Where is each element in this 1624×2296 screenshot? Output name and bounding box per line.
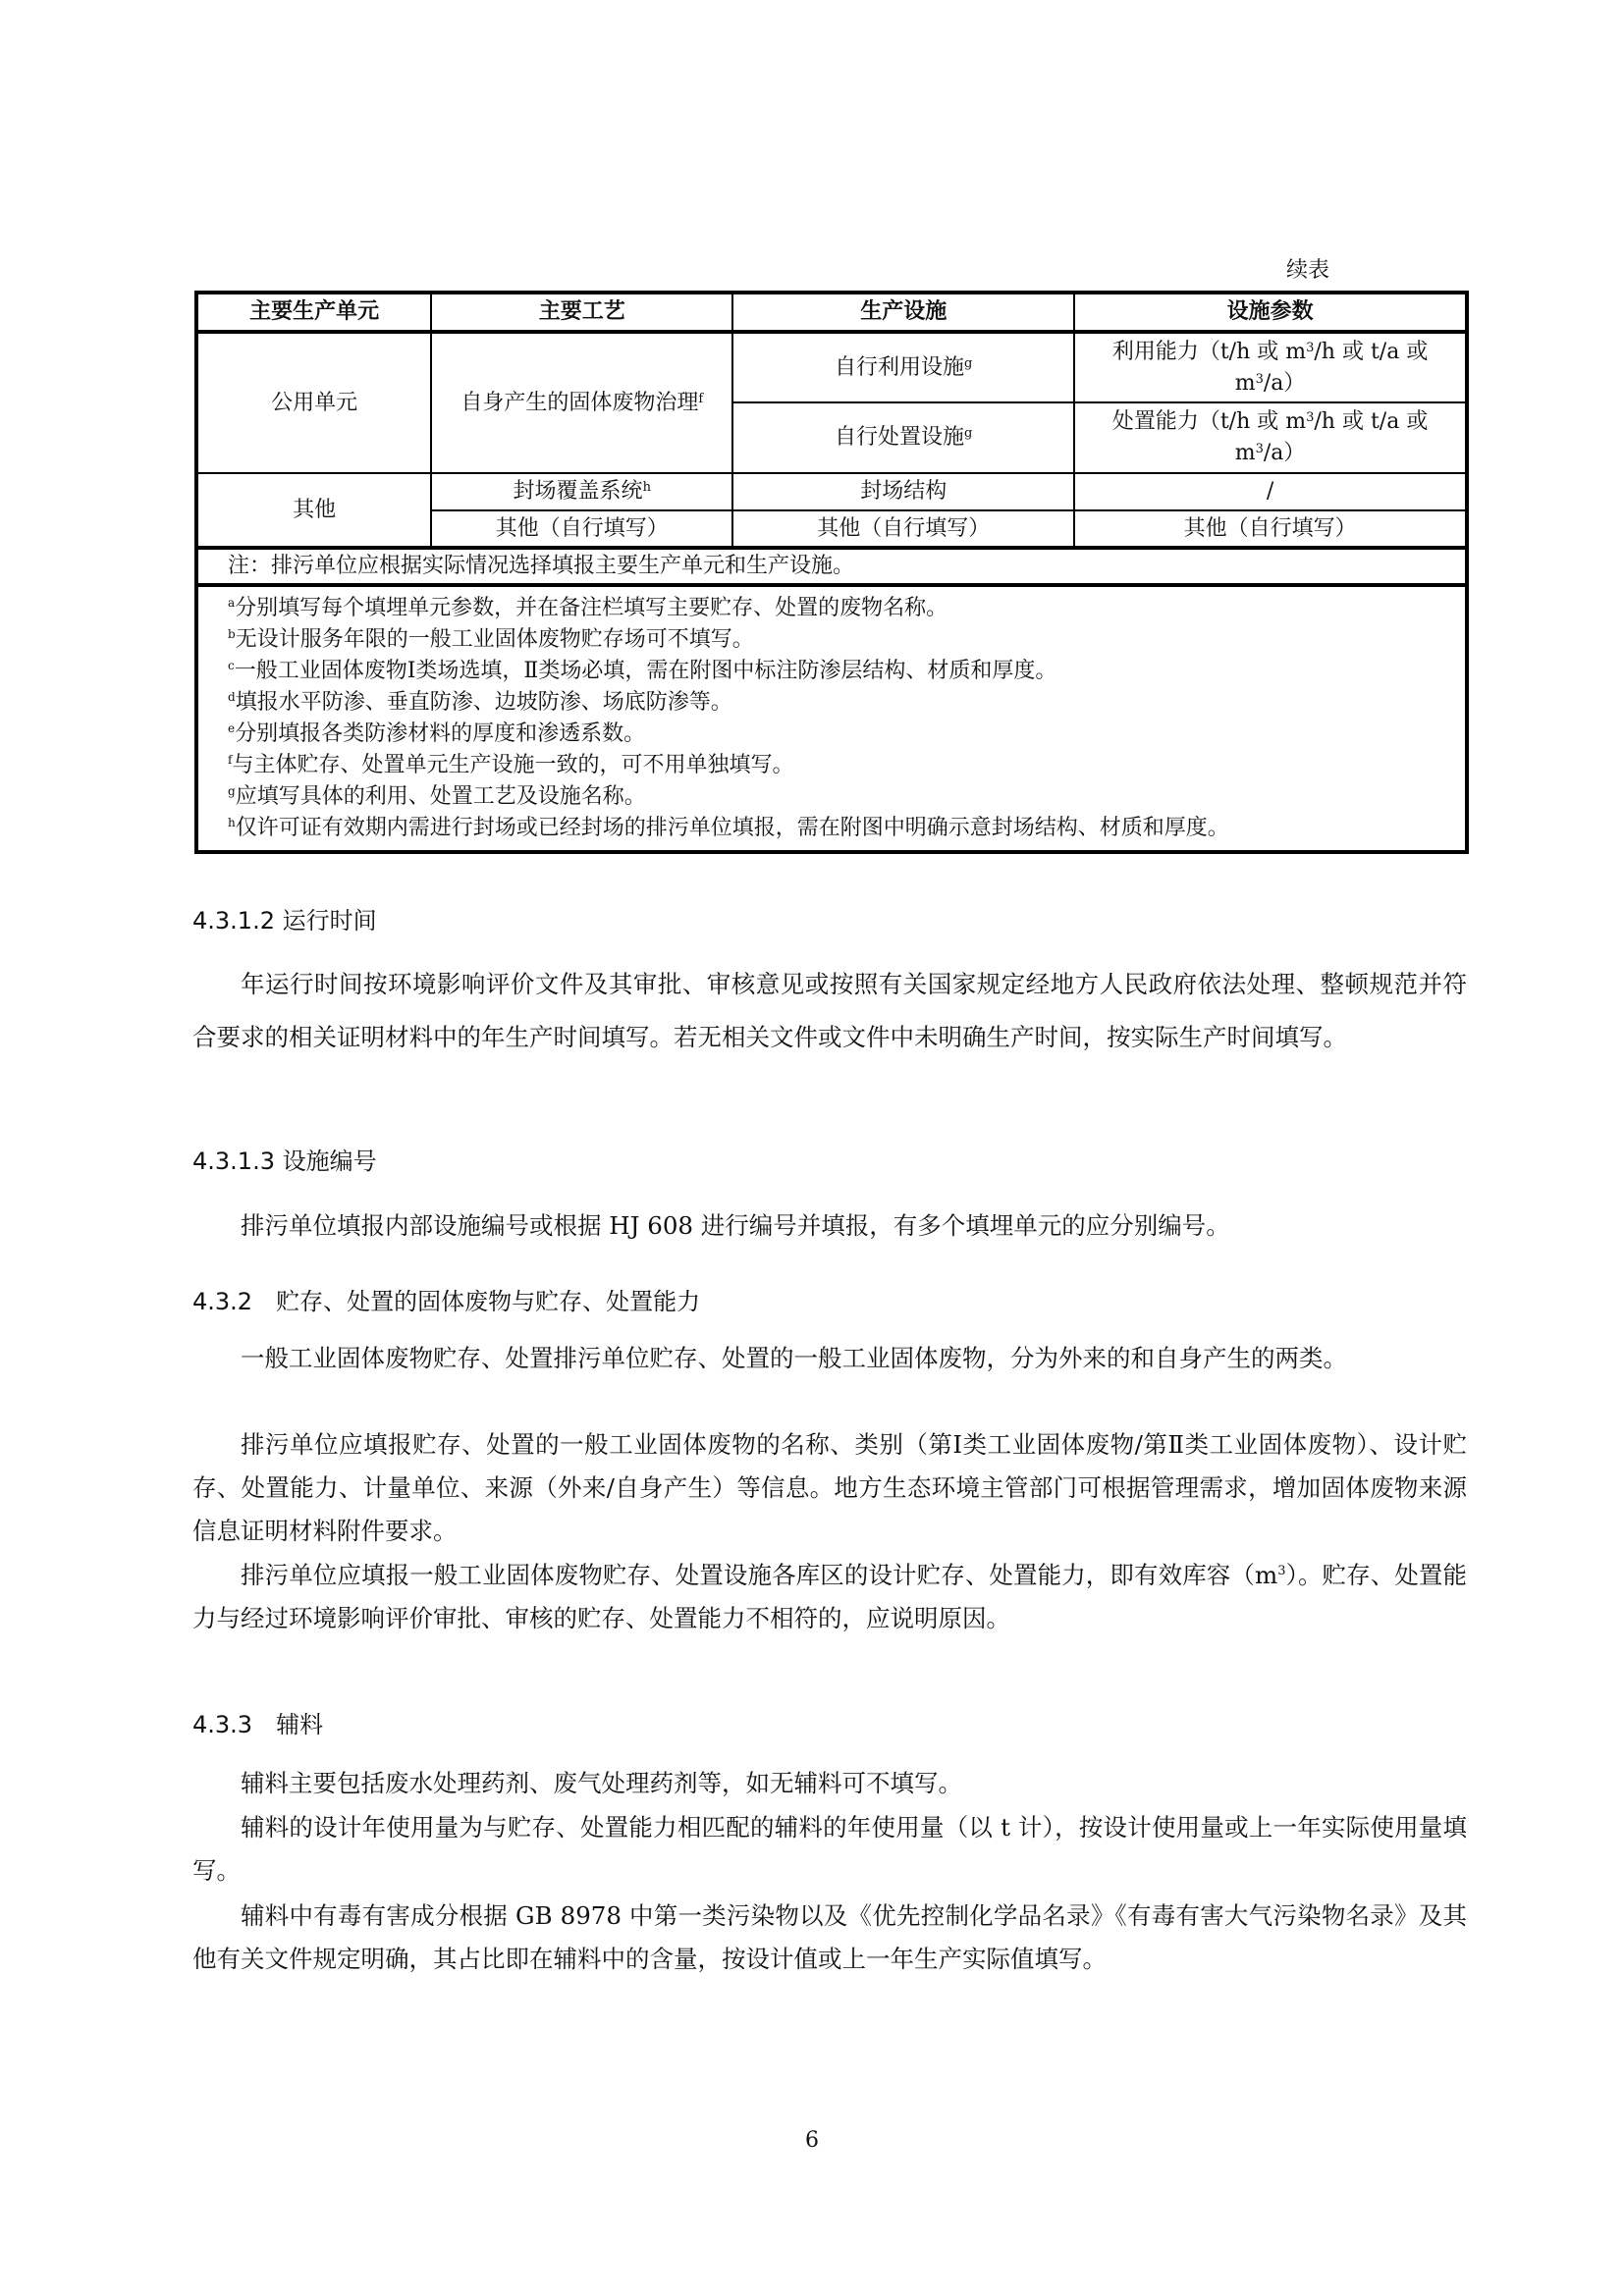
footnote-f: f与主体贮存、处置单元生产设施一致的，可不用单独填写。 [228, 750, 1453, 781]
table-note-row: 注：排污单位应根据实际情况选择填报主要生产单元和生产设施。 [196, 548, 1467, 585]
table-note: 注：排污单位应根据实际情况选择填报主要生产单元和生产设施。 [196, 548, 1467, 585]
table-footnotes: a分别填写每个填埋单元参数，并在备注栏填写主要贮存、处置的废物名称。 b无设计服… [196, 585, 1467, 852]
unit-cell: 公用单元 [196, 332, 431, 473]
table-row: 其他 封场覆盖系统h 封场结构 / [196, 473, 1467, 510]
paragraph-auxiliary-usage: 辅料的设计年使用量为与贮存、处置能力相匹配的辅料的年使用量（以 t 计），按设计… [192, 1806, 1467, 1893]
param-cell: 处置能力（t/h 或 m3/h 或 t/a 或 m3/a） [1074, 402, 1467, 473]
table-footnotes-row: a分别填写每个填埋单元参数，并在备注栏填写主要贮存、处置的废物名称。 b无设计服… [196, 585, 1467, 852]
paragraph-auxiliary-scope: 辅料主要包括废水处理药剂、废气处理药剂等，如无辅料可不填写。 [192, 1762, 1467, 1805]
facility-cell: 其他（自行填写） [732, 510, 1074, 548]
section-heading-4-3-3: 4.3.3 辅料 [192, 1705, 323, 1739]
header-cell: 生产设施 [732, 293, 1074, 332]
footnote-g: g应填写具体的利用、处置工艺及设施名称。 [228, 781, 1453, 813]
paragraph-facility-numbering: 排污单位填报内部设施编号或根据 HJ 608 进行编号并填报，有多个填埋单元的应… [192, 1200, 1467, 1253]
header-cell: 设施参数 [1074, 293, 1467, 332]
facility-cell: 自行利用设施g [732, 332, 1074, 402]
paragraph-auxiliary-hazard: 辅料中有毒有害成分根据 GB 8978 中第一类污染物以及《优先控制化学品名录》… [192, 1895, 1467, 1981]
param-cell: 其他（自行填写） [1074, 510, 1467, 548]
paragraph-waste-types: 一般工业固体废物贮存、处置排污单位贮存、处置的一般工业固体废物，分为外来的和自身… [192, 1337, 1467, 1380]
section-heading-4-3-1-2: 4.3.1.2 运行时间 [192, 901, 377, 935]
unit-cell: 其他 [196, 473, 431, 548]
facility-cell: 自行处置设施g [732, 402, 1074, 473]
param-cell: 利用能力（t/h 或 m3/h 或 t/a 或 m3/a） [1074, 332, 1467, 402]
footnote-c: c一般工业固体废物Ⅰ类场选填，Ⅱ类场必填，需在附图中标注防渗层结构、材质和厚度。 [228, 656, 1453, 687]
process-cell: 其他（自行填写） [431, 510, 732, 548]
process-cell: 封场覆盖系统h [431, 473, 732, 510]
param-cell: / [1074, 473, 1467, 510]
production-units-table: 主要生产单元 主要工艺 生产设施 设施参数 公用单元 自身产生的固体废物治理f … [194, 291, 1469, 854]
footnote-b: b无设计服务年限的一般工业固体废物贮存场可不填写。 [228, 624, 1453, 656]
section-heading-4-3-1-3: 4.3.1.3 设施编号 [192, 1142, 377, 1176]
footnote-d: d填报水平防渗、垂直防渗、边坡防渗、场底防渗等。 [228, 687, 1453, 719]
footnote-h: h仅许可证有效期内需进行封场或已经封场的排污单位填报，需在附图中明确示意封场结构… [228, 813, 1453, 844]
continued-table-label: 续表 [1286, 253, 1329, 284]
paragraph-capacity: 排污单位应填报一般工业固体废物贮存、处置设施各库区的设计贮存、处置能力，即有效库… [192, 1554, 1467, 1640]
paragraph-operating-time: 年运行时间按环境影响评价文件及其审批、审核意见或按照有关国家规定经地方人民政府依… [192, 958, 1467, 1064]
table-row: 公用单元 自身产生的固体废物治理f 自行利用设施g 利用能力（t/h 或 m3/… [196, 332, 1467, 402]
header-cell: 主要生产单元 [196, 293, 431, 332]
facility-cell: 封场结构 [732, 473, 1074, 510]
footnote-a: a分别填写每个填埋单元参数，并在备注栏填写主要贮存、处置的废物名称。 [228, 593, 1453, 624]
paragraph-waste-info: 排污单位应填报贮存、处置的一般工业固体废物的名称、类别（第Ⅰ类工业固体废物/第Ⅱ… [192, 1423, 1467, 1553]
section-heading-4-3-2: 4.3.2 贮存、处置的固体废物与贮存、处置能力 [192, 1282, 700, 1316]
footnote-e: e分别填报各类防渗材料的厚度和渗透系数。 [228, 719, 1453, 750]
page-number: 6 [0, 2128, 1624, 2153]
table-header-row: 主要生产单元 主要工艺 生产设施 设施参数 [196, 293, 1467, 332]
process-cell: 自身产生的固体废物治理f [431, 332, 732, 473]
header-cell: 主要工艺 [431, 293, 732, 332]
